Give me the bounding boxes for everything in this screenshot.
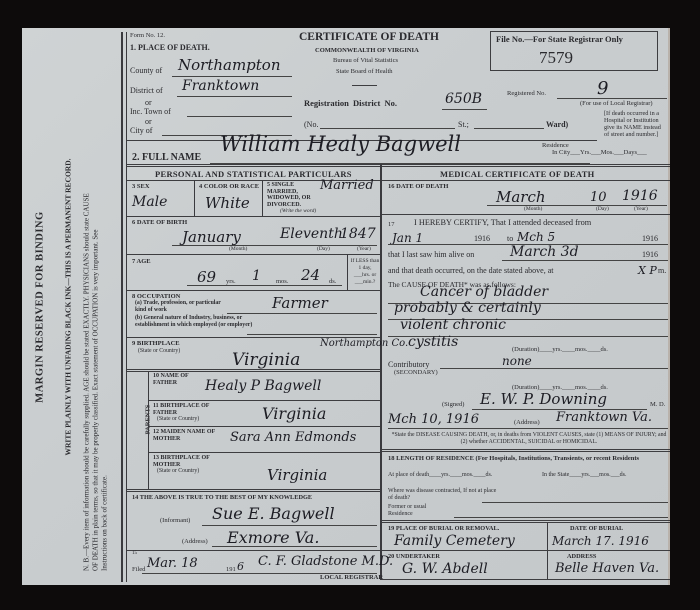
less-than-day: If LESS than 1 day, ___hrs. or ___min.?	[350, 258, 380, 286]
age-years: 69	[197, 268, 216, 286]
contributory-value: none	[502, 354, 532, 368]
place-of-death-label: 1. PLACE OF DEATH.	[130, 43, 210, 52]
dob-year: 1847	[340, 226, 376, 242]
commonwealth: COMMONWEALTH OF VIRGINIA	[315, 47, 419, 54]
cause-line-1: Cancer of bladder	[420, 284, 548, 300]
bureau: Bureau of Vital Statistics	[333, 57, 398, 64]
sex-label: 3 SEX	[132, 183, 150, 190]
informant-value: Sue E. Bagwell	[212, 504, 335, 523]
margin-border	[121, 32, 123, 582]
marital-value: Married	[320, 178, 374, 193]
medical-title: MEDICAL CERTIFICATE OF DEATH	[440, 169, 595, 179]
cause-line-4: cystitis	[408, 334, 458, 350]
local-registrar-label: LOCAL REGISTRAR	[320, 574, 383, 581]
dod-day: 10	[590, 190, 607, 205]
registered-number: 9	[597, 78, 608, 99]
occupation-label: 8 OCCUPATION	[132, 293, 180, 300]
nb-line-3: Instructions on back of certificate.	[101, 37, 110, 577]
father-label: 10 NAME OF FATHER	[153, 373, 208, 386]
district-label: District of	[130, 86, 163, 95]
informant-address: Exmore Va.	[227, 528, 319, 547]
undertaker-address-label: ADDRESS	[567, 553, 596, 560]
dob-label: 6 DATE OF BIRTH	[132, 219, 187, 226]
age-months: 1	[252, 268, 261, 284]
race-label: 4 COLOR OR RACE	[199, 183, 259, 190]
occupation-b-label: (b) General nature of Industry, business…	[135, 315, 255, 328]
file-number: 7579	[539, 48, 573, 68]
signed-date: Mch 10, 1916	[388, 412, 479, 427]
certify-statement: I HEREBY CERTIFY, That I attended deceas…	[414, 218, 591, 227]
father-birthplace-label: 11 BIRTHPLACE OF FATHER	[153, 403, 213, 416]
registrar-signature: C. F. Gladstone M.D.	[258, 554, 393, 569]
full-name-value: William Healy Bagwell	[220, 132, 461, 156]
board: State Board of Health	[336, 68, 393, 75]
mother-value: Sara Ann Edmonds	[230, 430, 356, 445]
county-value: Northampton	[178, 56, 281, 74]
mother-birthplace-value: Virginia	[267, 466, 327, 484]
physician-address: Franktown Va.	[556, 410, 652, 425]
marital-note: (Write the word)	[280, 208, 316, 214]
write-plainly-text: WRITE PLAINLY WITH UNFADING BLACK INK—TH…	[64, 37, 73, 577]
certificate-title: CERTIFICATE OF DEATH	[299, 31, 439, 43]
file-number-box: File No.—For State Registrar Only 7579	[490, 31, 658, 71]
registered-note: (For use of Local Registrar)	[580, 100, 653, 107]
residence-length-label: 18 LENGTH OF RESIDENCE (For Hospitals, I…	[388, 455, 668, 462]
dob-day: Eleventh	[280, 226, 343, 242]
residence-at-place: At place of death____yrs.____mos.____ds.	[388, 472, 528, 479]
nb-line-2: OF DEATH in plain terms, so that it may …	[92, 37, 101, 577]
physician-signature: E. W. P. Downing	[480, 390, 607, 408]
father-birthplace-value: Virginia	[262, 404, 326, 423]
file-label: File No.—For State Registrar Only	[496, 34, 623, 44]
former-residence-label: Former or usual Residence	[388, 504, 448, 518]
occupation-value: Farmer	[272, 294, 328, 312]
time-of-death: X P	[638, 264, 657, 277]
sex-value: Male	[132, 194, 167, 210]
undertaker-value: G. W. Abdell	[402, 561, 488, 577]
undertaker-label: 20 UNDERTAKER	[388, 553, 440, 560]
dod-year: 1916	[622, 188, 658, 204]
burial-date-label: DATE OF BURIAL	[570, 525, 623, 532]
margin-reserved-text: MARGIN RESERVED FOR BINDING	[35, 37, 46, 577]
dod-label: 16 DATE OF DEATH	[388, 183, 448, 190]
column-divider	[380, 164, 382, 580]
birthplace-county: Northampton Co.	[320, 338, 408, 349]
undertaker-address-value: Belle Haven Va.	[555, 561, 659, 576]
reg-district-value: 650B	[445, 91, 482, 107]
binding-margin: MARGIN RESERVED FOR BINDING WRITE PLAINL…	[22, 28, 122, 585]
residence-label: Residence	[542, 142, 569, 149]
occupation-a-label: (a) Trade, profession, or particular kin…	[135, 300, 230, 313]
marital-label: 5 SINGLE MARRIED, WIDOWED, OR DIVORCED.	[267, 182, 323, 208]
disease-contracted-label: Where was disease contracted, If not at …	[388, 488, 498, 502]
birthplace-label: 9 BIRTHPLACE	[132, 340, 180, 347]
cause-footnote: *State the DISEASE CAUSING DEATH, or, in…	[390, 432, 668, 446]
registered-label: Registered No.	[507, 90, 546, 97]
filed-date: Mar. 18	[147, 556, 198, 571]
cause-line-3: violent chronic	[400, 317, 506, 333]
duration-primary: (Duration)____yrs.____mos.____ds.	[512, 346, 608, 353]
attended-from: Jan 1	[392, 231, 423, 245]
dod-month: March	[496, 188, 546, 206]
residence-in-state: In the State____yrs.___mos.___ds.	[542, 472, 667, 479]
burial-date-value: March 17. 1916	[552, 534, 649, 548]
city-label: City of	[130, 126, 152, 135]
burial-place-label: 19 PLACE OF BURIAL OR REMOVAL.	[388, 525, 499, 532]
residence-sub: In City___Yrs.___Mos.___Days___	[552, 149, 647, 156]
full-name-label: 2. FULL NAME	[132, 152, 201, 163]
reg-district-label: Registration District No.	[304, 98, 397, 108]
dob-month: January	[182, 228, 241, 246]
attended-to: Mch 5	[517, 230, 555, 244]
nb-line-1: N. B.—Every item of information should b…	[83, 37, 92, 577]
town-label: Inc. Town of	[130, 107, 171, 116]
age-days: 24	[301, 266, 320, 284]
mother-label: 12 MAIDEN NAME OF MOTHER	[153, 429, 218, 442]
form-number: Form No. 12.	[130, 32, 165, 39]
race-value: White	[205, 194, 250, 212]
burial-place-value: Family Cemetery	[394, 533, 515, 549]
margin-border-inner	[126, 32, 127, 582]
father-value: Healy P Bagwell	[205, 378, 321, 394]
mother-birthplace-label: 13 BIRTHPLACE OF MOTHER	[153, 455, 213, 468]
informant-declaration: 14 THE ABOVE IS TRUE TO THE BEST OF MY K…	[132, 494, 312, 501]
cause-line-2: probably & certainly	[394, 300, 541, 316]
death-certificate: MARGIN RESERVED FOR BINDING WRITE PLAINL…	[22, 28, 670, 585]
last-saw-date: March 3d	[510, 244, 579, 260]
district-value: Franktown	[182, 78, 259, 94]
birthplace-value: Virginia	[232, 350, 300, 370]
age-label: 7 AGE	[132, 258, 151, 265]
hospital-note: [If death occurred in a Hospital or Inst…	[604, 110, 666, 138]
county-label: County of	[130, 66, 162, 75]
